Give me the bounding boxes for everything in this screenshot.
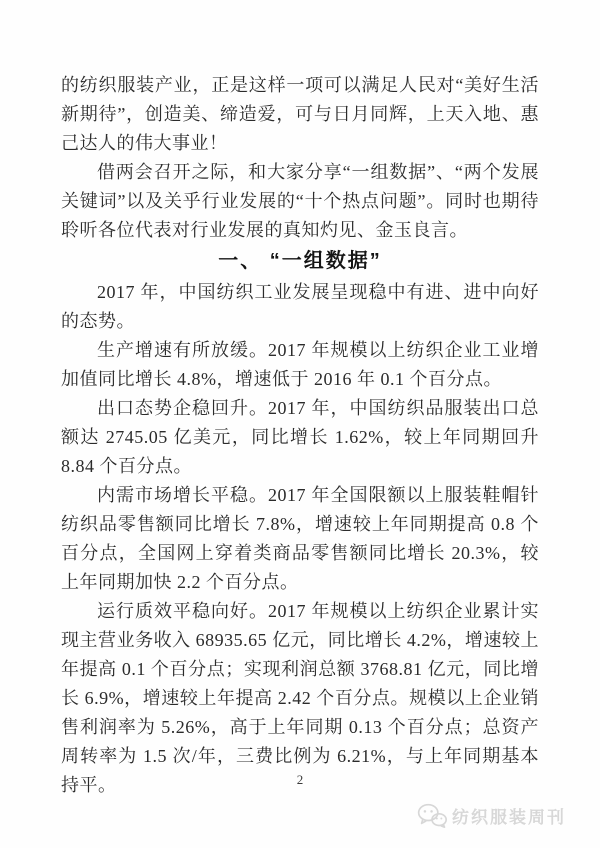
wechat-icon bbox=[417, 803, 447, 828]
publisher-watermark: 纺织服装周刊 bbox=[417, 803, 566, 828]
page-body: 的纺织服装产业，正是这样一项可以满足人民对“美好生活新期待”，创造美、缔造爱，可… bbox=[61, 71, 539, 800]
document-page: 的纺织服装产业，正是这样一项可以满足人民对“美好生活新期待”，创造美、缔造爱，可… bbox=[0, 0, 600, 848]
paragraph: 2017 年，中国纺织工业发展呈现稳中有进、进中向好的态势。 bbox=[61, 278, 539, 336]
paragraph: 的纺织服装产业，正是这样一项可以满足人民对“美好生活新期待”，创造美、缔造爱，可… bbox=[61, 71, 539, 158]
paragraph: 内需市场增长平稳。2017 年全国限额以上服装鞋帽针纺织品零售额同比增长 7.8… bbox=[61, 481, 539, 597]
page-number: 2 bbox=[0, 772, 600, 788]
paragraph: 运行质效平稳向好。2017 年规模以上纺织企业累计实现主营业务收入 68935.… bbox=[61, 597, 539, 800]
section-heading: 一、 “一组数据” bbox=[61, 245, 539, 278]
paragraph: 生产增速有所放缓。2017 年规模以上纺织企业工业增加值同比增长 4.8%，增速… bbox=[61, 336, 539, 394]
watermark-label: 纺织服装周刊 bbox=[452, 803, 566, 828]
paragraph: 出口态势企稳回升。2017 年，中国纺织品服装出口总额达 2745.05 亿美元… bbox=[61, 394, 539, 481]
paragraph: 借两会召开之际，和大家分享“一组数据”、“两个发展关键词”以及关乎行业发展的“十… bbox=[61, 158, 539, 245]
